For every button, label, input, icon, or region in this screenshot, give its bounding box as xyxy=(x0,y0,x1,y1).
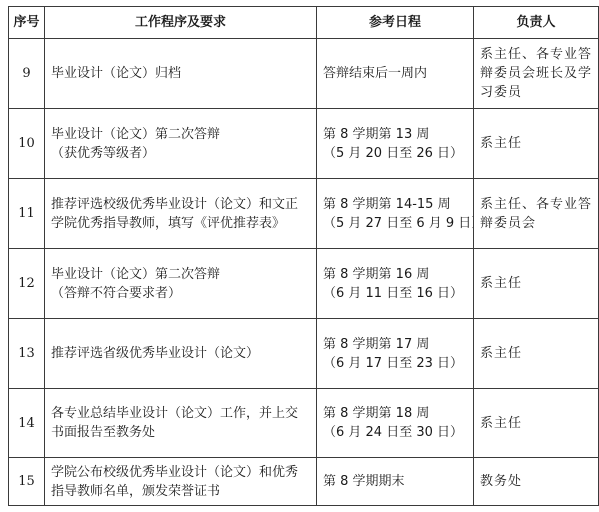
task-cell: 毕业设计（论文）第二次答辩（答辩不符合要求者） xyxy=(45,249,317,319)
date-cell-line: （6 月 17 日至 23 日） xyxy=(323,354,473,373)
task-cell-line: 学院公布校级优秀毕业设计（论文）和优秀 xyxy=(51,463,316,482)
task-cell: 各专业总结毕业设计（论文）工作，并上交书面报告至教务处 xyxy=(45,389,317,458)
row-number: 15 xyxy=(9,458,45,506)
row-number: 9 xyxy=(9,39,45,109)
date-cell: 第 8 学期第 14-15 周（5 月 27 日至 6 月 9 日） xyxy=(317,179,474,249)
row-number: 14 xyxy=(9,389,45,458)
owner-cell: 系主任、各专业答辩委员会班长及学习委员 xyxy=(474,39,599,109)
task-cell-line: （获优秀等级者） xyxy=(51,144,316,163)
task-cell: 推荐评选省级优秀毕业设计（论文） xyxy=(45,319,317,389)
owner-cell-line: 教务处 xyxy=(480,472,598,491)
header-num: 序号 xyxy=(9,7,45,39)
date-cell: 第 8 学期期末 xyxy=(317,458,474,506)
date-cell: 第 8 学期第 18 周（6 月 24 日至 30 日） xyxy=(317,389,474,458)
date-cell-line: 第 8 学期第 14-15 周 xyxy=(323,195,473,214)
date-cell-line: 第 8 学期期末 xyxy=(323,472,473,491)
task-cell: 毕业设计（论文）第二次答辩（获优秀等级者） xyxy=(45,109,317,179)
owner-cell: 系主任、各专业答辩委员会 xyxy=(474,179,599,249)
row-number: 11 xyxy=(9,179,45,249)
table-row: 12毕业设计（论文）第二次答辩（答辩不符合要求者）第 8 学期第 16 周（6 … xyxy=(9,249,599,319)
date-cell: 答辩结束后一周内 xyxy=(317,39,474,109)
date-cell: 第 8 学期第 16 周（6 月 11 日至 16 日） xyxy=(317,249,474,319)
table-row: 14各专业总结毕业设计（论文）工作，并上交书面报告至教务处第 8 学期第 18 … xyxy=(9,389,599,458)
date-cell-line: 第 8 学期第 13 周 xyxy=(323,125,473,144)
date-cell-line: （6 月 24 日至 30 日） xyxy=(323,423,473,442)
header-task: 工作程序及要求 xyxy=(45,7,317,39)
owner-cell: 教务处 xyxy=(474,458,599,506)
header-date: 参考日程 xyxy=(317,7,474,39)
owner-cell-line: 辩委员会 xyxy=(480,214,598,233)
owner-cell: 系主任 xyxy=(474,319,599,389)
task-cell-line: 各专业总结毕业设计（论文）工作，并上交 xyxy=(51,404,316,423)
table-row: 11推荐评选校级优秀毕业设计（论文）和文正学院优秀指导教师，填写《评优推荐表》第… xyxy=(9,179,599,249)
date-cell-line: 第 8 学期第 18 周 xyxy=(323,404,473,423)
task-cell-line: 指导教师名单，颁发荣誉证书 xyxy=(51,482,316,501)
date-cell: 第 8 学期第 13 周（5 月 20 日至 26 日） xyxy=(317,109,474,179)
task-cell-line: 书面报告至教务处 xyxy=(51,423,316,442)
date-cell-line: （6 月 11 日至 16 日） xyxy=(323,284,473,303)
date-cell: 第 8 学期第 17 周（6 月 17 日至 23 日） xyxy=(317,319,474,389)
owner-cell: 系主任 xyxy=(474,109,599,179)
date-cell-line: （5 月 20 日至 26 日） xyxy=(323,144,473,163)
task-cell: 毕业设计（论文）归档 xyxy=(45,39,317,109)
row-number: 13 xyxy=(9,319,45,389)
task-cell: 推荐评选校级优秀毕业设计（论文）和文正学院优秀指导教师，填写《评优推荐表》 xyxy=(45,179,317,249)
owner-cell-line: 系主任、各专业答 xyxy=(480,45,598,64)
task-cell: 学院公布校级优秀毕业设计（论文）和优秀指导教师名单，颁发荣誉证书 xyxy=(45,458,317,506)
row-number: 12 xyxy=(9,249,45,319)
table-row: 13推荐评选省级优秀毕业设计（论文）第 8 学期第 17 周（6 月 17 日至… xyxy=(9,319,599,389)
owner-cell: 系主任 xyxy=(474,389,599,458)
table-row: 10毕业设计（论文）第二次答辩（获优秀等级者）第 8 学期第 13 周（5 月 … xyxy=(9,109,599,179)
task-cell-line: 推荐评选校级优秀毕业设计（论文）和文正 xyxy=(51,195,316,214)
owner-cell-line: 系主任 xyxy=(480,274,598,293)
owner-cell-line: 辩委员会班长及学 xyxy=(480,64,598,83)
task-cell-line: 学院优秀指导教师，填写《评优推荐表》 xyxy=(51,214,316,233)
owner-cell-line: 系主任、各专业答 xyxy=(480,195,598,214)
task-cell-line: 毕业设计（论文）第二次答辩 xyxy=(51,125,316,144)
header-owner: 负责人 xyxy=(474,7,599,39)
table-row: 15学院公布校级优秀毕业设计（论文）和优秀指导教师名单，颁发荣誉证书第 8 学期… xyxy=(9,458,599,506)
date-cell-line: 第 8 学期第 16 周 xyxy=(323,265,473,284)
schedule-table: 序号 工作程序及要求 参考日程 负责人 9毕业设计（论文）归档答辩结束后一周内系… xyxy=(8,6,599,506)
date-cell-line: 第 8 学期第 17 周 xyxy=(323,335,473,354)
owner-cell-line: 系主任 xyxy=(480,414,598,433)
table-row: 9毕业设计（论文）归档答辩结束后一周内系主任、各专业答辩委员会班长及学习委员 xyxy=(9,39,599,109)
date-cell-line: 答辩结束后一周内 xyxy=(323,64,473,83)
owner-cell-line: 系主任 xyxy=(480,344,598,363)
task-cell-line: 毕业设计（论文）第二次答辩 xyxy=(51,265,316,284)
task-cell-line: 毕业设计（论文）归档 xyxy=(51,64,316,83)
owner-cell-line: 系主任 xyxy=(480,134,598,153)
owner-cell: 系主任 xyxy=(474,249,599,319)
date-cell-line: （5 月 27 日至 6 月 9 日） xyxy=(323,214,473,233)
task-cell-line: （答辩不符合要求者） xyxy=(51,284,316,303)
header-row: 序号 工作程序及要求 参考日程 负责人 xyxy=(9,7,599,39)
row-number: 10 xyxy=(9,109,45,179)
owner-cell-line: 习委员 xyxy=(480,83,598,102)
task-cell-line: 推荐评选省级优秀毕业设计（论文） xyxy=(51,344,316,363)
